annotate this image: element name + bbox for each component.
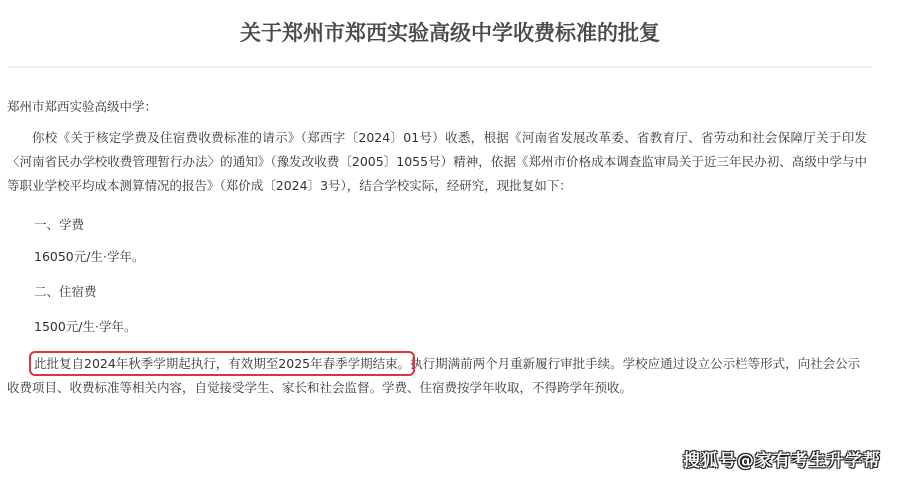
highlighted-validity-period: 此批复自2024年秋季学期起执行，有效期至2025年春季学期结束。 (34, 356, 410, 371)
title-divider (8, 66, 872, 68)
tuition-fee-value: 16050元/生·学年。 (34, 245, 144, 269)
accommodation-fee-value: 1500元/生·学年。 (34, 315, 137, 339)
section-heading-tuition: 一、学费 (34, 213, 84, 237)
watermark: 搜狐号@家有考生升学帮 (683, 446, 881, 471)
section-heading-accommodation: 二、住宿费 (34, 280, 97, 304)
salutation: 郑州市郑西实验高级中学： (7, 95, 157, 119)
body-paragraph: 你校《关于核定学费及住宿费收费标准的请示》（郑西字〔2024〕01号）收悉，根据… (7, 126, 867, 198)
page-title: 关于郑州市郑西实验高级中学收费标准的批复 (0, 18, 900, 48)
closing-paragraph: 此批复自2024年秋季学期起执行，有效期至2025年春季学期结束。执行期满前两个… (7, 352, 867, 400)
